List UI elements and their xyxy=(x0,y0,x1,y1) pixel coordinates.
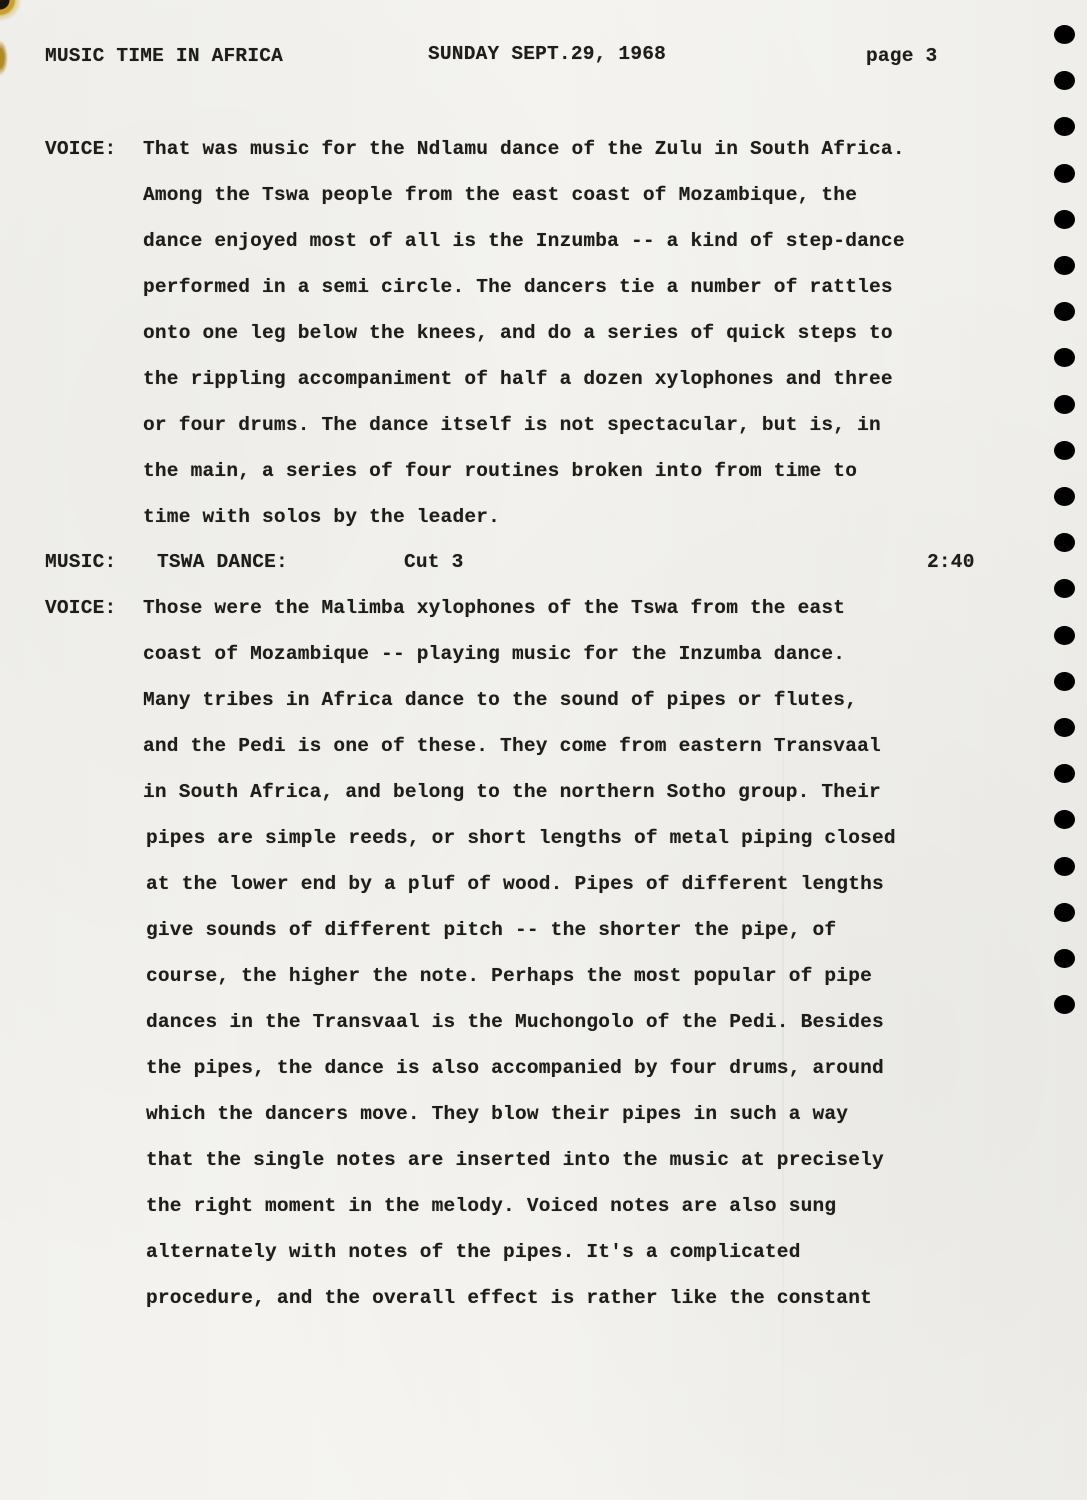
punch-hole xyxy=(1054,487,1075,506)
speaker-label: VOICE: xyxy=(45,140,116,160)
tractor-feed-margin xyxy=(1020,0,1087,1500)
punch-hole xyxy=(1054,810,1075,829)
typewritten-page: MUSIC TIME IN AFRICA SUNDAY SEPT.29, 196… xyxy=(0,0,1087,1500)
script-line: alternately with notes of the pipes. It'… xyxy=(146,1243,801,1263)
punch-hole xyxy=(1054,949,1075,968)
punch-hole xyxy=(1054,626,1075,645)
broadcast-date: SUNDAY SEPT.29, 1968 xyxy=(428,45,666,65)
program-title: MUSIC TIME IN AFRICA xyxy=(45,47,283,67)
punch-hole xyxy=(1054,857,1075,876)
script-line: Among the Tswa people from the east coas… xyxy=(143,186,857,206)
script-line: dances in the Transvaal is the Muchongol… xyxy=(146,1013,884,1033)
script-line: which the dancers move. They blow their … xyxy=(146,1105,848,1125)
script-line: at the lower end by a pluf of wood. Pipe… xyxy=(146,875,884,895)
speaker-label: VOICE: xyxy=(45,599,116,619)
punch-hole xyxy=(1054,302,1075,321)
punch-hole xyxy=(1054,441,1075,460)
punch-hole xyxy=(1054,71,1075,90)
script-line: that the single notes are inserted into … xyxy=(146,1151,884,1171)
music-cue-label: MUSIC: xyxy=(45,553,116,573)
script-line: the right moment in the melody. Voiced n… xyxy=(146,1197,836,1217)
music-cue-duration: 2:40 xyxy=(927,553,975,573)
punch-hole xyxy=(1054,256,1075,275)
punch-hole xyxy=(1054,995,1075,1014)
script-line: and the Pedi is one of these. They come … xyxy=(143,737,881,757)
script-line: Many tribes in Africa dance to the sound… xyxy=(143,691,857,711)
script-line: coast of Mozambique -- playing music for… xyxy=(143,645,845,665)
script-line: time with solos by the leader. xyxy=(143,508,500,528)
edge-stain xyxy=(0,40,8,76)
script-line: onto one leg below the knees, and do a s… xyxy=(143,324,893,344)
music-cue-title: TSWA DANCE: xyxy=(157,553,288,573)
script-line: performed in a semi circle. The dancers … xyxy=(143,278,893,298)
punch-hole xyxy=(1054,210,1075,229)
script-line: procedure, and the overall effect is rat… xyxy=(146,1289,872,1309)
script-line: pipes are simple reeds, or short lengths… xyxy=(146,829,896,849)
punch-hole xyxy=(1054,764,1075,783)
script-line: dance enjoyed most of all is the Inzumba… xyxy=(143,232,905,252)
page-number: page 3 xyxy=(866,47,937,67)
script-line: the rippling accompaniment of half a doz… xyxy=(143,370,893,390)
punch-hole xyxy=(1054,395,1075,414)
script-line: in South Africa, and belong to the north… xyxy=(143,783,881,803)
punch-hole xyxy=(1054,579,1075,598)
script-line: course, the higher the note. Perhaps the… xyxy=(146,967,872,987)
punch-hole xyxy=(1054,672,1075,691)
punch-hole xyxy=(1054,718,1075,737)
punch-hole xyxy=(1054,25,1075,44)
music-cue-cut: Cut 3 xyxy=(404,553,464,573)
script-line: the pipes, the dance is also accompanied… xyxy=(146,1059,884,1079)
script-line: give sounds of different pitch -- the sh… xyxy=(146,921,836,941)
punch-hole xyxy=(1054,348,1075,367)
punch-hole xyxy=(1054,164,1075,183)
script-line: or four drums. The dance itself is not s… xyxy=(143,416,881,436)
punch-hole xyxy=(1054,903,1075,922)
script-line: Those were the Malimba xylophones of the… xyxy=(143,599,845,619)
corner-stain xyxy=(0,0,30,30)
punch-hole xyxy=(1054,117,1075,136)
script-line: That was music for the Ndlamu dance of t… xyxy=(143,140,905,160)
script-line: the main, a series of four routines brok… xyxy=(143,462,857,482)
punch-hole xyxy=(1054,533,1075,552)
